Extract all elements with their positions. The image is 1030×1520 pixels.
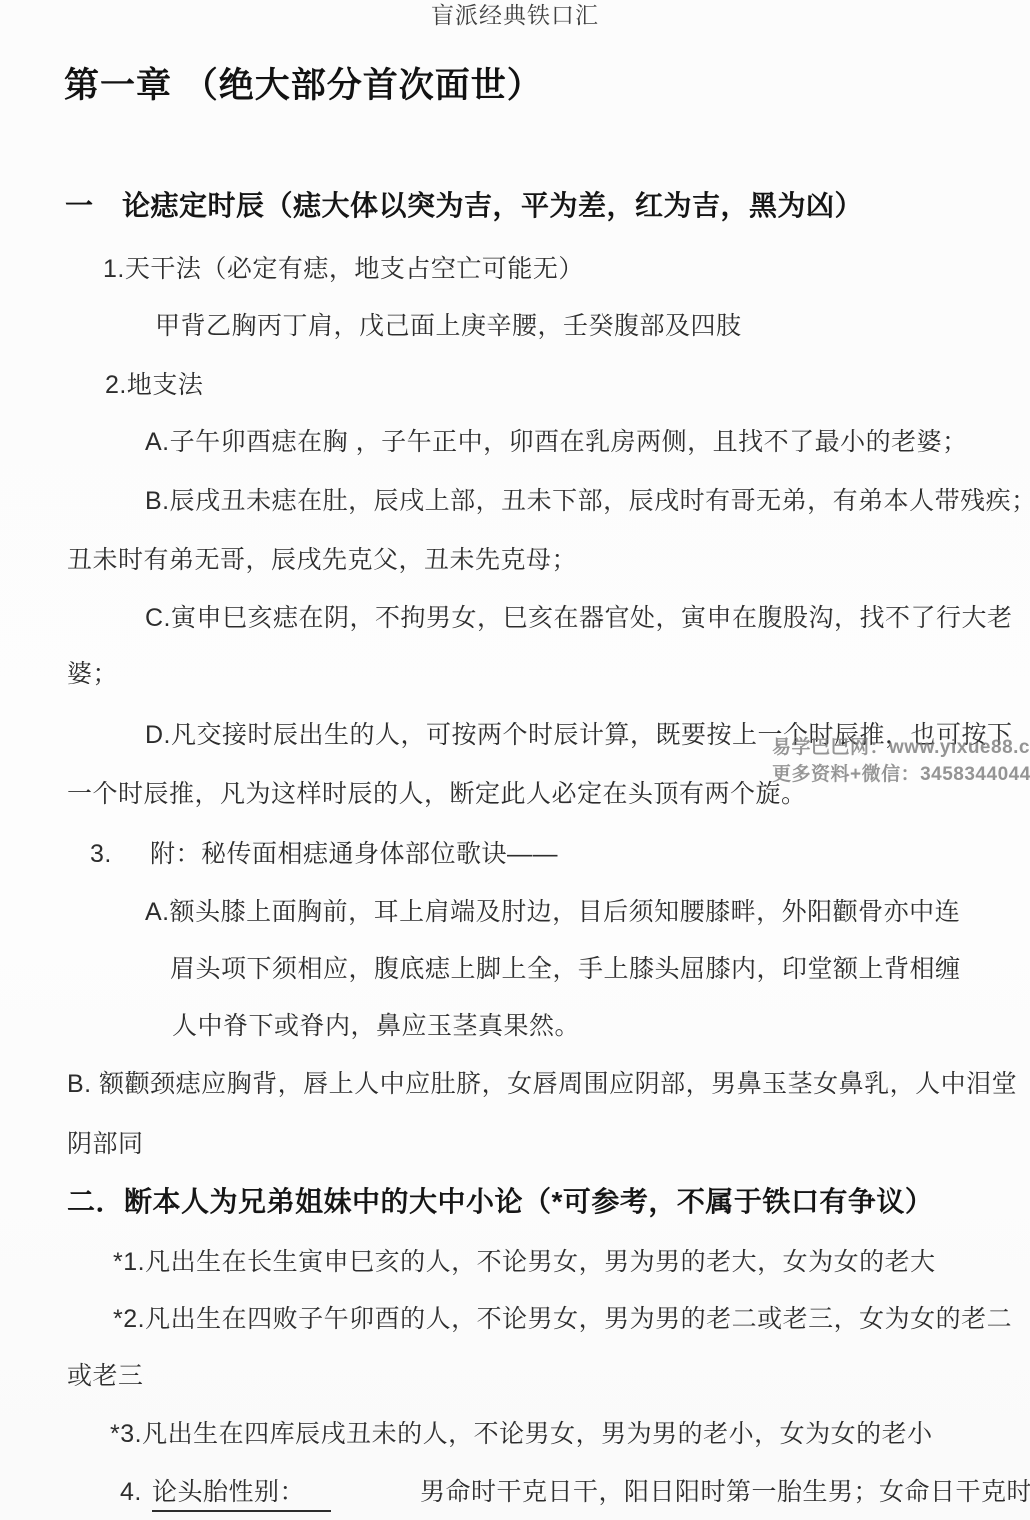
- text-line: *2.凡出生在四败子午卯酉的人，不论男女，男为男的老二或老三，女为女的老二: [113, 1305, 1012, 1334]
- text-line: 阴部同: [67, 1130, 144, 1159]
- text-line: A.子午卯酉痣在胸 ，子午正中，卯酉在乳房两侧，且找不了最小的老婆；: [145, 428, 968, 457]
- text-line: 4.: [120, 1478, 142, 1507]
- text-line: B. 额颧颈痣应胸背，唇上人中应肚脐，女唇周围应阴部，男鼻玉茎女鼻乳，人中泪堂: [67, 1070, 1017, 1099]
- text-line: *3.凡出生在四库辰戌丑未的人，不论男女，男为男的老小，女为女的老小: [110, 1420, 933, 1449]
- section-1-heading: 一 论痣定时辰（痣大体以突为吉，平为差，红为吉，黑为凶）: [65, 190, 863, 222]
- text-line: 1.天干法（必定有痣，地支占空亡可能无）: [103, 255, 584, 284]
- text-line: 3.: [90, 840, 112, 869]
- text-line: 甲背乙胸丙丁肩，戊己面上庚辛腰，壬癸腹部及四肢: [155, 312, 742, 341]
- text-line: 婆；: [67, 660, 118, 689]
- text-line: A.额头膝上面胸前，耳上肩端及肘边，目后须知腰膝畔，外阳颧骨亦中连: [145, 898, 960, 927]
- text-line: 附：秘传面相痣通身体部位歌诀——: [150, 840, 558, 869]
- text-line: 2.地支法: [105, 371, 203, 400]
- section-2-heading: 二．断本人为兄弟姐妹中的大中小论（*可参考，不属于铁口有争议）: [67, 1186, 933, 1218]
- text-line: C.寅申巳亥痣在阴，不拘男女，巳亥在器官处，寅申在腹股沟，找不了行大老: [145, 604, 1013, 633]
- text-line: 或老三: [67, 1362, 144, 1391]
- text-line: 人中脊下或脊内，鼻应玉茎真果然。: [172, 1012, 580, 1041]
- document-page: 盲派经典铁口汇第一章 （绝大部分首次面世）一 论痣定时辰（痣大体以突为吉，平为差…: [0, 0, 1030, 1520]
- text-line: 眉头项下须相应，腹底痣上脚上全，手上膝头屈膝内，印堂额上背相缠: [170, 955, 961, 984]
- text-line: 一个时辰推，凡为这样时辰的人，断定此人必定在头顶有两个旋。: [67, 780, 807, 809]
- text-line: *1.凡出生在长生寅申巳亥的人，不论男女，男为男的老大，女为女的老大: [113, 1248, 936, 1277]
- text-line: B.辰戌丑未痣在肚，辰戌上部，丑未下部，辰戌时有哥无弟，有弟本人带残疾；: [145, 487, 1030, 516]
- watermark-line: 更多资料+微信：3458344044: [772, 764, 1030, 786]
- topic-4-underlined-label: 论头胎性别：: [152, 1478, 331, 1512]
- page-header: 盲派经典铁口汇: [0, 2, 1030, 28]
- watermark-line: 易学巴巴网：www.yixue88.cn: [772, 737, 1030, 759]
- text-line: 男命时干克日干，阳日阳时第一胎生男；女命日干克时干，阴: [420, 1478, 1030, 1507]
- text-line: 丑未时有弟无哥，辰戌先克父，丑未先克母；: [67, 546, 577, 575]
- chapter-title: 第一章 （绝大部分首次面世）: [64, 66, 543, 106]
